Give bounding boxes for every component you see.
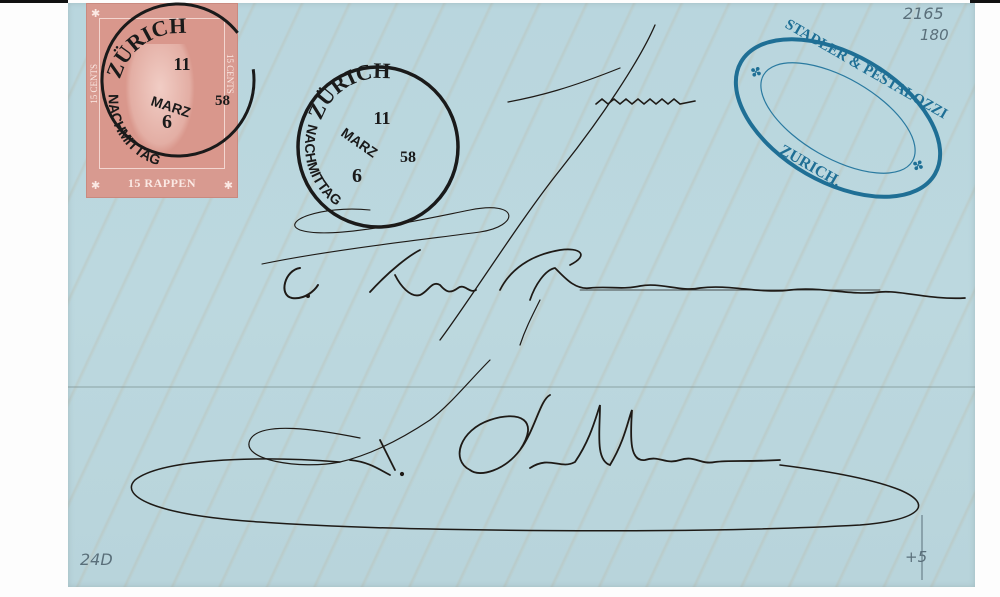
handwritten-address (131, 25, 965, 531)
pencil-note-catalog: 24D (80, 550, 113, 569)
pencil-note-price: 180 (920, 26, 949, 44)
postmark-month: MARZ (338, 124, 381, 161)
postmark-hour: 6 (352, 165, 362, 187)
pencil-note-inventory: 2165 (903, 4, 944, 23)
cachet-city: ZURICH. (777, 142, 844, 191)
postmark-on-stamp: ZÜRICH 11 MARZ 58 6 NACHMITTAG (81, 0, 276, 177)
postmark-day: 11 (373, 108, 390, 128)
postmark-year: 58 (400, 149, 416, 166)
ornament-icon: ✤ (908, 157, 926, 176)
postmark-hour: 6 (162, 111, 172, 133)
pencil-note-rate: +5 (905, 548, 927, 566)
postmark-day: 11 (173, 54, 190, 74)
markings-layer: ZÜRICH 11 MARZ 58 6 NACHMITTAG ZÜRICH 11… (0, 0, 1000, 597)
postmark-year: 58 (215, 93, 230, 109)
postmark-on-cover: ZÜRICH 11 MARZ 58 6 NACHMITTAG (298, 58, 458, 227)
